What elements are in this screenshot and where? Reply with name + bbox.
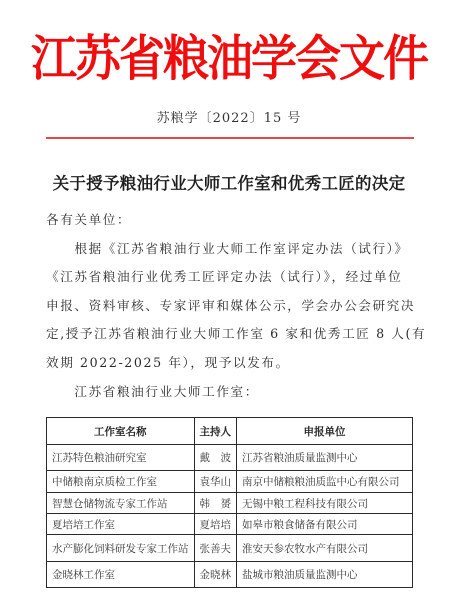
table-row: 江苏特色粮油研究室 戴 波 江苏省粮油质量监测中心 bbox=[47, 445, 413, 471]
studio-table: 工作室名称 主持人 申报单位 江苏特色粮油研究室 戴 波 江苏省粮油质量监测中心… bbox=[46, 417, 413, 588]
document-masthead: 江苏省粮油学会文件 bbox=[0, 29, 458, 88]
body-line-3: 申报、资料审核、专家评审和媒体公示，学会办公会研究决 bbox=[46, 295, 414, 314]
cell-applicant-unit: 盐城市粮油质量监测中心 bbox=[237, 562, 413, 588]
body-line-5: 效期 2022-2025 年），现予以发布。 bbox=[46, 352, 414, 371]
document-number: 苏粮学〔2022〕15 号 bbox=[0, 107, 458, 126]
section-label: 江苏省粮油行业大师工作室： bbox=[46, 381, 414, 400]
cell-studio-name: 智慧仓储物流专家工作站 bbox=[47, 493, 195, 514]
cell-host: 金晓林 bbox=[194, 562, 237, 588]
header-applicant-unit: 申报单位 bbox=[237, 418, 413, 445]
cell-studio-name: 中储粮南京质检工作室 bbox=[47, 471, 195, 493]
cell-applicant-unit: 如皋市粮食储备有限公司 bbox=[237, 514, 413, 535]
table-header-row: 工作室名称 主持人 申报单位 bbox=[47, 418, 413, 445]
table-row: 智慧仓储物流专家工作站 韩 赟 无锡中粮工程科技有限公司 bbox=[47, 493, 413, 514]
cell-host: 韩 赟 bbox=[194, 493, 237, 514]
table-row: 夏培培工作室 夏培培 如皋市粮食储备有限公司 bbox=[47, 514, 413, 535]
table-row: 金晓林工作室 金晓林 盐城市粮油质量监测中心 bbox=[47, 562, 413, 588]
salutation: 各有关单位： bbox=[46, 209, 414, 228]
body-line-2: 《江苏省粮油行业优秀工匠评定办法（试行）》，经过单位 bbox=[46, 266, 414, 285]
cell-applicant-unit: 淮安天参农牧水产有限公司 bbox=[237, 535, 413, 562]
body-line-1: 根据《江苏省粮油行业大师工作室评定办法（试行）》 bbox=[46, 238, 414, 257]
cell-host: 夏培培 bbox=[194, 514, 237, 535]
table-row: 水产膨化饲料研发专家工作站 张善夫 淮安天参农牧水产有限公司 bbox=[47, 535, 413, 562]
table-row: 中储粮南京质检工作室 袁华山 南京中储粮粮油质监中心有限公司 bbox=[47, 471, 413, 493]
cell-studio-name: 江苏特色粮油研究室 bbox=[47, 445, 195, 471]
cell-applicant-unit: 无锡中粮工程科技有限公司 bbox=[237, 493, 413, 514]
cell-studio-name: 夏培培工作室 bbox=[47, 514, 195, 535]
document-heading: 关于授予粮油行业大师工作室和优秀工匠的决定 bbox=[0, 170, 458, 194]
cell-host: 张善夫 bbox=[194, 535, 237, 562]
header-host: 主持人 bbox=[194, 418, 237, 445]
cell-host: 戴 波 bbox=[194, 445, 237, 471]
body-line-4: 定,授予江苏省粮油行业大师工作室 6 家和优秀工匠 8 人(有 bbox=[46, 323, 414, 342]
cell-applicant-unit: 江苏省粮油质量监测中心 bbox=[237, 445, 413, 471]
cell-applicant-unit: 南京中储粮粮油质监中心有限公司 bbox=[237, 471, 413, 493]
header-studio-name: 工作室名称 bbox=[47, 418, 195, 445]
cell-studio-name: 水产膨化饲料研发专家工作站 bbox=[47, 535, 195, 562]
cell-studio-name: 金晓林工作室 bbox=[47, 562, 195, 588]
red-divider-rule bbox=[46, 137, 414, 139]
cell-host: 袁华山 bbox=[194, 471, 237, 493]
